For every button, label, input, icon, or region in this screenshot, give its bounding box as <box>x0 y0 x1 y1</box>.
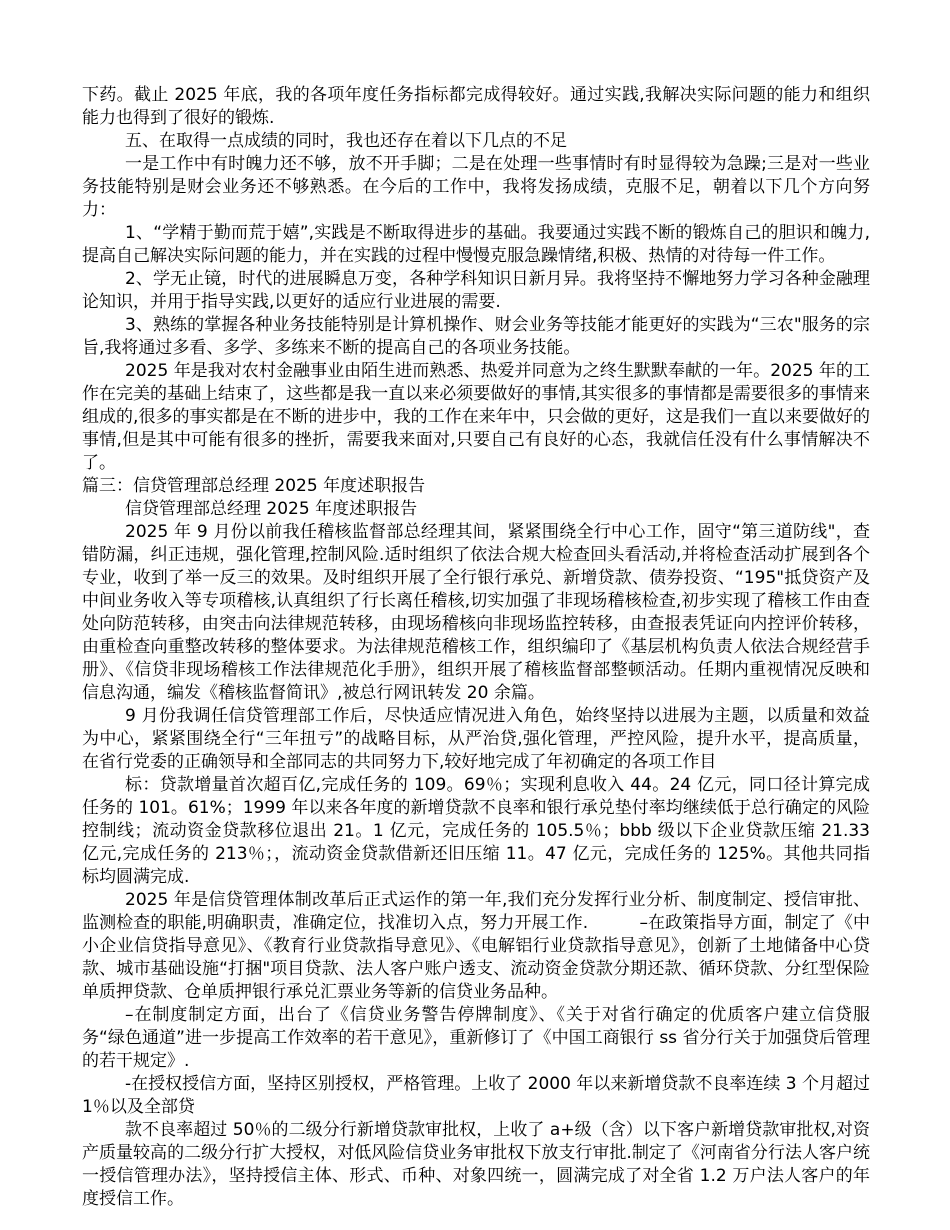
body-paragraph: 标：贷款增量首次超百亿,完成任务的 109。69％；实现利息收入 44。24 亿… <box>82 774 870 889</box>
body-paragraph: -在授权授信方面，坚持区别授权，严格管理。上收了 2000 年以来新增贷款不良率… <box>82 1073 870 1119</box>
body-paragraph: 2025 年 9 月份以前我任稽核监督部总经理其间，紧紧围绕全行中心工作，固守“… <box>82 521 870 705</box>
report-title: 信贷管理部总经理 2025 年度述职报告 <box>82 498 870 521</box>
body-paragraph: 2025 年是我对农村金融事业由陌生进而熟悉、热爱并同意为之终生默默奉献的一年。… <box>82 360 870 475</box>
body-paragraph: 3、熟练的掌握各种业务技能特别是计算机操作、财会业务等技能才能更好的实践为“三农… <box>82 314 870 360</box>
body-paragraph: 9 月份我调任信贷管理部工作后，尽快适应情况进入角色，始终坚持以进展为主题，以质… <box>82 705 870 774</box>
body-paragraph: 下药。截止 2025 年底，我的各项年度任务指标都完成得较好。通过实践,我解决实… <box>82 84 870 130</box>
body-paragraph: 一是工作中有时魄力还不够，放不开手脚；二是在处理一些事情时有时显得较为急躁;三是… <box>82 153 870 222</box>
body-paragraph: 1、“学精于勤而荒于嬉”,实践是不断取得进步的基础。我要通过实践不断的锻炼自己的… <box>82 222 870 268</box>
body-paragraph: 2025 年是信贷管理体制改革后正式运作的第一年,我们充分发挥行业分析、制度制定… <box>82 889 870 1004</box>
body-paragraph: 五、在取得一点成绩的同时，我也还存在着以下几点的不足 <box>82 130 870 153</box>
body-paragraph: 款不良率超过 50％的二级分行新增贷款审批权，上收了 a+级（含）以下客户新增贷… <box>82 1119 870 1211</box>
document-page: 下药。截止 2025 年底，我的各项年度任务指标都完成得较好。通过实践,我解决实… <box>0 0 950 1230</box>
body-paragraph: –在制度制定方面，出台了《信贷业务警告停牌制度》、《关于对省行确定的优质客户建立… <box>82 1004 870 1073</box>
section-heading: 篇三：信贷管理部总经理 2025 年度述职报告 <box>82 475 870 498</box>
body-paragraph: 2、学无止镜，时代的进展瞬息万变，各种学科知识日新月异。我将坚持不懈地努力学习各… <box>82 268 870 314</box>
